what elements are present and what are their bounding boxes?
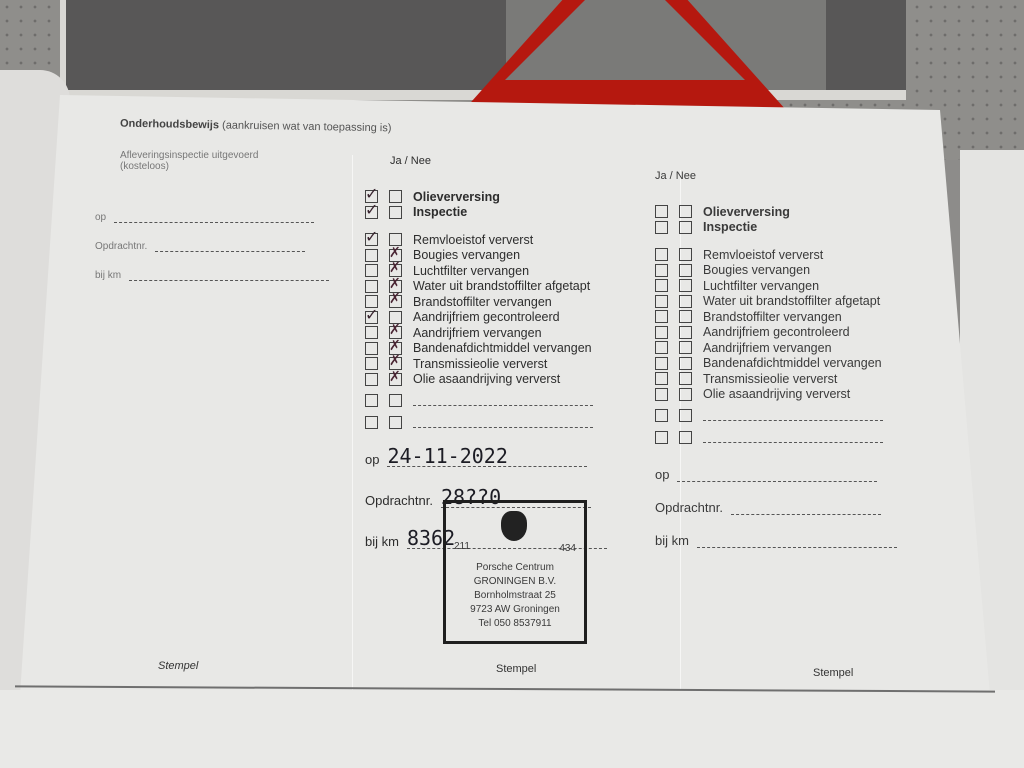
field-value[interactable] xyxy=(677,471,877,482)
checklist-item: Water uit brandstoffilter afgetapt xyxy=(655,294,935,310)
checklist-item xyxy=(365,415,665,431)
ja-checkbox[interactable] xyxy=(365,326,378,339)
checklist-item: Bandenafdichtmiddel vervangen xyxy=(365,341,665,357)
stamp-line: GRONINGEN B.V. xyxy=(446,575,584,589)
field-label: bij km xyxy=(365,534,399,549)
section-subheading: (kosteloos) xyxy=(120,161,355,172)
checklist-item: Aandrijfriem gecontroleerd xyxy=(655,325,935,341)
form-field: bij km xyxy=(655,533,935,548)
ja-checkbox[interactable] xyxy=(655,221,668,234)
checklist-label: Transmissieolie ververst xyxy=(703,372,837,386)
checklist-item: Brandstoffilter vervangen xyxy=(365,294,665,310)
ja-checkbox[interactable] xyxy=(655,279,668,292)
porsche-crest-icon xyxy=(501,511,527,541)
ja-checkbox[interactable] xyxy=(655,205,668,218)
nee-checkbox[interactable] xyxy=(679,357,692,370)
checklist-item: Aandrijfriem gecontroleerd xyxy=(365,310,665,326)
ja-checkbox[interactable] xyxy=(655,248,668,261)
ja-nee-header: Ja / Nee xyxy=(655,170,935,182)
field-label: Opdrachtnr. xyxy=(95,241,147,252)
ja-checkbox[interactable] xyxy=(655,310,668,323)
nee-checkbox[interactable] xyxy=(389,416,402,429)
field-value[interactable] xyxy=(155,241,305,252)
nee-checkbox[interactable] xyxy=(389,373,402,386)
field-value[interactable] xyxy=(731,504,881,515)
checklist-label xyxy=(703,432,883,443)
nee-checkbox[interactable] xyxy=(679,372,692,385)
checklist-item: Aandrijfriem vervangen xyxy=(365,325,665,341)
stamp-line: Porsche Centrum xyxy=(446,561,584,575)
checklist-label: Bandenafdichtmiddel vervangen xyxy=(703,356,882,370)
page-bottom-margin xyxy=(0,690,1024,768)
form-field: Opdrachtnr. xyxy=(95,241,355,252)
ja-checkbox[interactable] xyxy=(365,206,378,219)
ja-checkbox[interactable] xyxy=(655,357,668,370)
field-label: op xyxy=(365,452,379,467)
nee-checkbox[interactable] xyxy=(389,295,402,308)
form-field: op24-11-2022 xyxy=(365,444,665,467)
ja-checkbox[interactable] xyxy=(365,233,378,246)
ja-checkbox[interactable] xyxy=(365,394,378,407)
checklist-label: Bandenafdichtmiddel vervangen xyxy=(413,341,592,355)
ja-checkbox[interactable] xyxy=(365,357,378,370)
stamp-label: Stempel xyxy=(158,660,198,672)
ja-checkbox[interactable] xyxy=(655,326,668,339)
nee-checkbox[interactable] xyxy=(389,190,402,203)
nee-checkbox[interactable] xyxy=(679,341,692,354)
ja-checkbox[interactable] xyxy=(655,295,668,308)
nee-checkbox[interactable] xyxy=(679,221,692,234)
field-value[interactable] xyxy=(114,212,314,223)
stamp-line: Tel 050 8537911 xyxy=(446,617,584,631)
field-value[interactable] xyxy=(129,270,329,281)
field-label: Opdrachtnr. xyxy=(365,493,433,508)
checklist-label xyxy=(413,417,593,428)
ja-checkbox[interactable] xyxy=(365,280,378,293)
checklist-label: Aandrijfriem vervangen xyxy=(703,341,832,355)
field-value[interactable] xyxy=(697,537,897,548)
nee-checkbox[interactable] xyxy=(679,279,692,292)
checklist-label: Bougies vervangen xyxy=(413,248,520,262)
checklist-label: Olie asaandrijving ververst xyxy=(703,387,850,401)
field-value[interactable]: 24-11-2022 xyxy=(387,444,587,467)
checklist-item: Aandrijfriem vervangen xyxy=(655,340,935,356)
field-label: Opdrachtnr. xyxy=(655,500,723,515)
checklist-label: Water uit brandstoffilter afgetapt xyxy=(413,279,590,293)
checklist-item xyxy=(655,430,935,446)
checklist-item: Bougies vervangen xyxy=(655,263,935,279)
checklist-item: Transmissieolie ververst xyxy=(655,371,935,387)
checklist-label: Olie asaandrijving ververst xyxy=(413,372,560,386)
checklist-label: Olieverversing xyxy=(413,190,500,204)
dealer-stamp: 211 434 Porsche Centrum GRONINGEN B.V. B… xyxy=(443,500,587,644)
warning-triangle-inner xyxy=(505,0,745,80)
checklist-label: Olieverversing xyxy=(703,205,790,219)
stamp-line: 9723 AW Groningen xyxy=(446,603,584,617)
stamp-line: Bornholmstraat 25 xyxy=(446,589,584,603)
stamp-number-left: 211 xyxy=(454,541,470,552)
ja-checkbox[interactable] xyxy=(655,409,668,422)
checklist-item: Olieverversing xyxy=(655,204,935,220)
checklist-label: Water uit brandstoffilter afgetapt xyxy=(703,294,880,308)
checklist-label: Aandrijfriem vervangen xyxy=(413,326,542,340)
checklist-label: Bougies vervangen xyxy=(703,263,810,277)
ja-checkbox[interactable] xyxy=(655,388,668,401)
field-label: bij km xyxy=(655,533,689,548)
ja-checkbox[interactable] xyxy=(365,311,378,324)
checklist-item: Brandstoffilter vervangen xyxy=(655,309,935,325)
checklist-item: Bougies vervangen xyxy=(365,248,665,264)
checklist-label: Brandstoffilter vervangen xyxy=(413,295,552,309)
checklist-label: Inspectie xyxy=(413,205,467,219)
checklist-item: Olieverversing xyxy=(365,189,665,205)
ja-checkbox[interactable] xyxy=(365,416,378,429)
checklist-item: Remvloeistof ververst xyxy=(655,247,935,263)
nee-checkbox[interactable] xyxy=(679,409,692,422)
title-bold: Onderhoudsbewijs xyxy=(120,118,219,132)
checklist-label xyxy=(703,410,883,421)
ja-checkbox[interactable] xyxy=(365,264,378,277)
stamp-number-right: 434 xyxy=(559,543,576,554)
stamp-label: Stempel xyxy=(496,663,536,675)
delivery-inspection-section: Afleveringsinspectie uitgevoerd (kostelo… xyxy=(95,150,355,299)
ja-checkbox[interactable] xyxy=(365,373,378,386)
checklist-item: Bandenafdichtmiddel vervangen xyxy=(655,356,935,372)
checklist-item: Water uit brandstoffilter afgetapt xyxy=(365,279,665,295)
ja-checkbox[interactable] xyxy=(655,341,668,354)
checklist-item: Inspectie xyxy=(365,205,665,221)
checklist-item xyxy=(365,393,665,409)
nee-checkbox[interactable] xyxy=(679,264,692,277)
checklist-item: Luchtfilter vervangen xyxy=(365,263,665,279)
checklist-label: Remvloeistof ververst xyxy=(413,233,533,247)
ja-checkbox[interactable] xyxy=(365,249,378,262)
checklist-item: Olie asaandrijving ververst xyxy=(365,372,665,388)
service-section-2: Ja / Nee OlieverversingInspectieRemvloei… xyxy=(655,170,935,566)
checklist-item xyxy=(655,408,935,424)
field-label: op xyxy=(655,467,669,482)
checklist-label: Transmissieolie ververst xyxy=(413,357,547,371)
field-label: op xyxy=(95,212,106,223)
checklist-item: Olie asaandrijving ververst xyxy=(655,387,935,403)
ja-checkbox[interactable] xyxy=(655,431,668,444)
checklist-item: Transmissieolie ververst xyxy=(365,356,665,372)
nee-checkbox[interactable] xyxy=(679,326,692,339)
checklist-label: Luchtfilter vervangen xyxy=(413,264,529,278)
nee-checkbox[interactable] xyxy=(389,206,402,219)
checklist-item: Luchtfilter vervangen xyxy=(655,278,935,294)
checklist-label: Aandrijfriem gecontroleerd xyxy=(413,310,560,324)
ja-checkbox[interactable] xyxy=(365,342,378,355)
section-heading: Afleveringsinspectie uitgevoerd xyxy=(120,150,355,161)
nee-checkbox[interactable] xyxy=(389,394,402,407)
field-label: bij km xyxy=(95,270,121,281)
ja-checkbox[interactable] xyxy=(655,264,668,277)
nee-checkbox[interactable] xyxy=(679,431,692,444)
form-field: op xyxy=(655,467,935,482)
nee-checkbox[interactable] xyxy=(679,295,692,308)
checklist-label: Luchtfilter vervangen xyxy=(703,279,819,293)
nee-checkbox[interactable] xyxy=(679,388,692,401)
ja-checkbox[interactable] xyxy=(655,372,668,385)
checklist-label: Brandstoffilter vervangen xyxy=(703,310,842,324)
stamp-label: Stempel xyxy=(813,667,853,679)
checklist-label xyxy=(413,395,593,406)
checklist-label: Inspectie xyxy=(703,220,757,234)
form-field: bij km xyxy=(95,270,355,281)
checklist-label: Aandrijfriem gecontroleerd xyxy=(703,325,850,339)
checklist-label: Remvloeistof ververst xyxy=(703,248,823,262)
nee-checkbox[interactable] xyxy=(679,248,692,261)
checklist-item: Remvloeistof ververst xyxy=(365,232,665,248)
checklist-item: Inspectie xyxy=(655,220,935,236)
nee-checkbox[interactable] xyxy=(679,205,692,218)
form-field: Opdrachtnr. xyxy=(655,500,935,515)
ja-nee-header: Ja / Nee xyxy=(390,155,665,167)
nee-checkbox[interactable] xyxy=(679,310,692,323)
form-field: op xyxy=(95,212,355,223)
